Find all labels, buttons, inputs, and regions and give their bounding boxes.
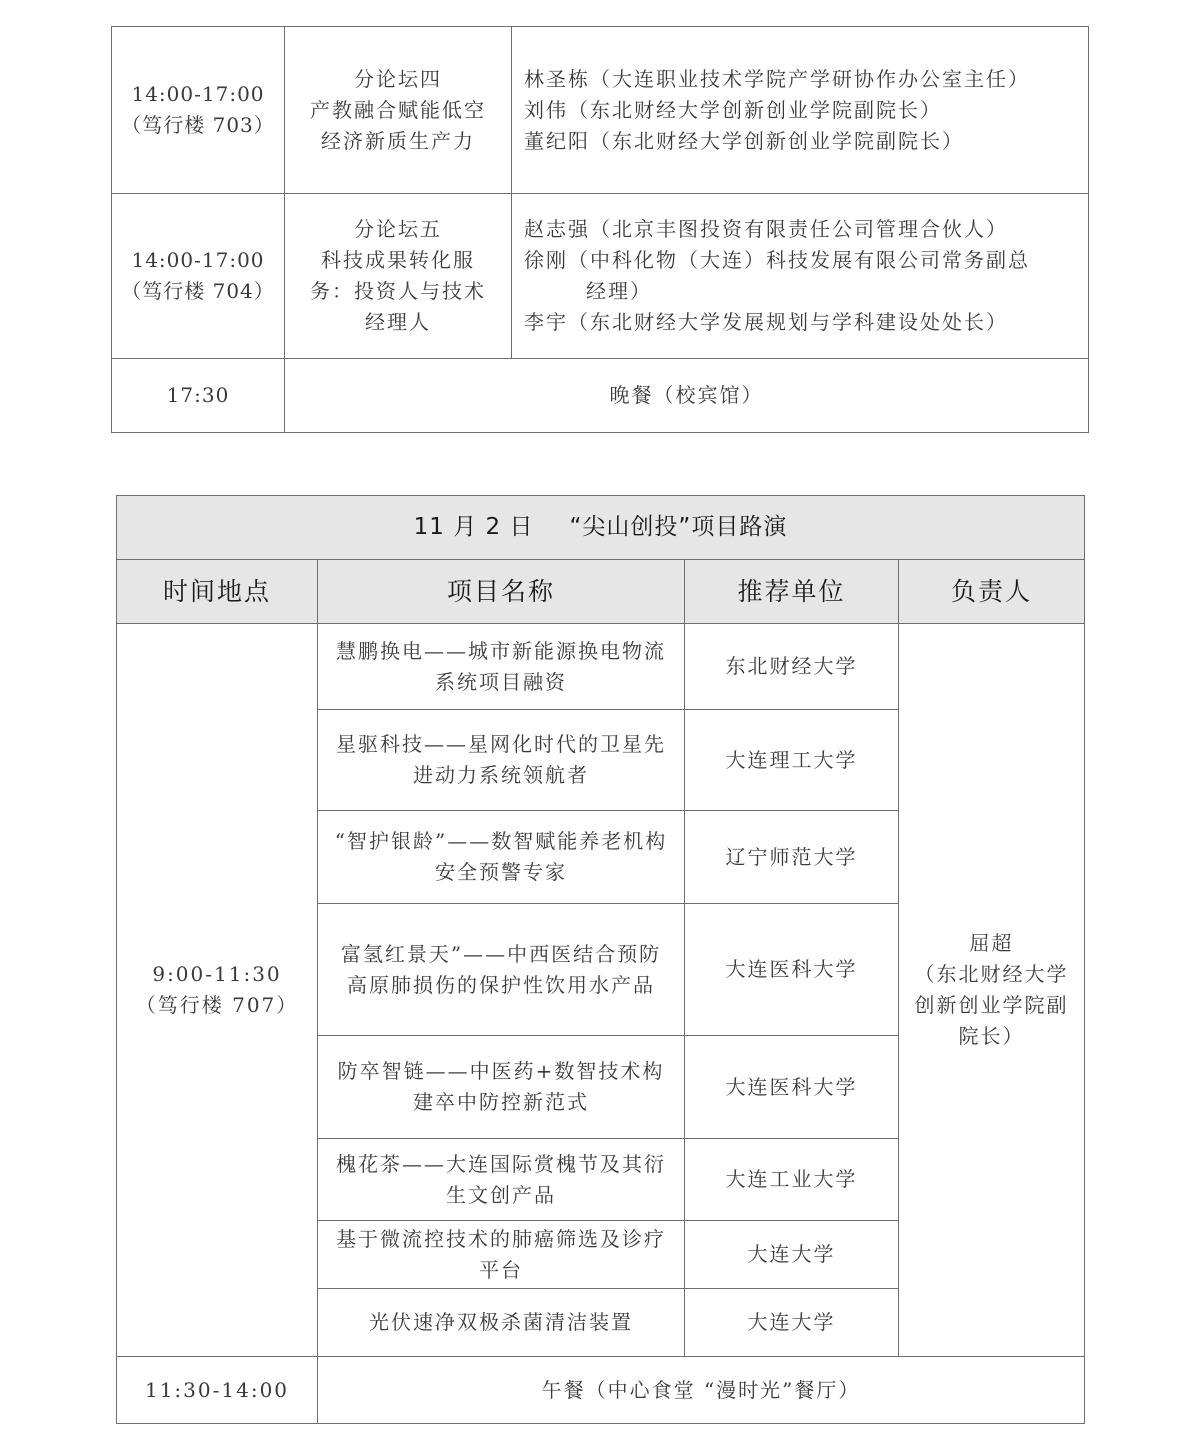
forum-schedule-table: 14:00-17:00 （笃行楼 703） 分论坛四 产教融合赋能低空 经济新质…: [111, 26, 1089, 433]
forum-line: 经济新质生产力: [285, 126, 511, 157]
forum-title-cell: 分论坛四 产教融合赋能低空 经济新质生产力: [285, 27, 512, 194]
speaker-entry: 林圣栋（大连职业技术学院产学研协作办公室主任）: [524, 64, 1084, 95]
forum-line: 分论坛四: [285, 64, 511, 95]
header-recommending-unit: 推荐单位: [685, 560, 899, 624]
forum-row: 14:00-17:00 （笃行楼 703） 分论坛四 产教融合赋能低空 经济新质…: [112, 27, 1089, 194]
time-location-cell: 14:00-17:00 （笃行楼 703）: [112, 27, 285, 194]
session-time-location-cell: 9:00-11:30 （笃行楼 707）: [117, 624, 318, 1357]
time-location-cell: 14:00-17:00 （笃行楼 704）: [112, 194, 285, 359]
speaker-entry: 董纪阳（东北财经大学创新创业学院副院长）: [524, 126, 1084, 157]
header-project-name: 项目名称: [318, 560, 685, 624]
project-unit: 大连理工大学: [685, 710, 899, 811]
lunch-label: 午餐（中心食堂 “漫时光”餐厅）: [318, 1357, 1085, 1424]
owner-title: （东北财经大学创新创业学院副院长）: [913, 959, 1070, 1052]
forum-line: 产教融合赋能低空: [285, 95, 511, 126]
title-date: 11 月 2 日: [414, 514, 534, 540]
table-header-row: 时间地点 项目名称 推荐单位 负责人: [117, 560, 1085, 624]
forum-row: 14:00-17:00 （笃行楼 704） 分论坛五 科技成果转化服 务：投资人…: [112, 194, 1089, 359]
speaker-text-continued: 经理）: [524, 276, 1084, 307]
speaker-entry: 李宇（东北财经大学发展规划与学科建设处处长）: [524, 307, 1084, 338]
location-text: （笃行楼 704）: [112, 276, 284, 307]
session-location: （笃行楼 707）: [117, 990, 317, 1021]
project-name: 防卒智链——中医药+数智技术构建卒中防控新范式: [318, 1036, 685, 1139]
time-text: 14:00-17:00: [112, 245, 284, 276]
speakers-cell: 赵志强（北京丰图投资有限责任公司管理合伙人） 徐刚（中科化物（大连）科技发展有限…: [512, 194, 1089, 359]
speaker-text: 徐刚（中科化物（大连）科技发展有限公司常务副总: [524, 248, 1030, 272]
project-name: 光伏速净双极杀菌清洁装置: [318, 1289, 685, 1357]
speaker-entry: 赵志强（北京丰图投资有限责任公司管理合伙人）: [524, 214, 1084, 245]
project-name: 富氢红景天”——中西医结合预防高原肺损伤的保护性饮用水产品: [318, 904, 685, 1036]
project-unit: 大连大学: [685, 1289, 899, 1357]
project-name: “智护银龄”——数智赋能养老机构安全预警专家: [318, 811, 685, 904]
lunch-row: 11:30-14:00 午餐（中心食堂 “漫时光”餐厅）: [117, 1357, 1085, 1424]
speaker-entry: 徐刚（中科化物（大连）科技发展有限公司常务副总 经理）: [524, 245, 1084, 307]
project-name: 星驱科技——星网化时代的卫星先进动力系统领航者: [318, 710, 685, 811]
speakers-cell: 林圣栋（大连职业技术学院产学研协作办公室主任） 刘伟（东北财经大学创新创业学院副…: [512, 27, 1089, 194]
location-text: （笃行楼 703）: [112, 110, 284, 141]
project-name: 慧鹏换电——城市新能源换电物流系统项目融资: [318, 624, 685, 710]
title-event: “尖山创投”项目路演: [570, 514, 788, 540]
table-row: 9:00-11:30 （笃行楼 707） 慧鹏换电——城市新能源换电物流系统项目…: [117, 624, 1085, 710]
project-name: 槐花茶——大连国际赏槐节及其衍生文创产品: [318, 1139, 685, 1221]
roadshow-table: 11 月 2 日“尖山创投”项目路演 时间地点 项目名称 推荐单位 负责人 9:…: [116, 495, 1085, 1424]
forum-line: 分论坛五: [285, 214, 511, 245]
project-unit: 大连大学: [685, 1221, 899, 1289]
speaker-entry: 刘伟（东北财经大学创新创业学院副院长）: [524, 95, 1084, 126]
forum-line: 务：投资人与技术: [285, 276, 511, 307]
project-name: 基于微流控技术的肺癌筛选及诊疗平台: [318, 1221, 685, 1289]
lunch-time: 11:30-14:00: [117, 1357, 318, 1424]
forum-line: 科技成果转化服: [285, 245, 511, 276]
header-time-location: 时间地点: [117, 560, 318, 624]
owner-cell: 屈超 （东北财经大学创新创业学院副院长）: [899, 624, 1085, 1357]
dinner-time: 17:30: [112, 359, 285, 433]
project-unit: 大连医科大学: [685, 1036, 899, 1139]
owner-name: 屈超: [913, 928, 1070, 959]
dinner-label: 晚餐（校宾馆）: [285, 359, 1089, 433]
forum-line: 经理人: [285, 307, 511, 338]
table-title-row: 11 月 2 日“尖山创投”项目路演: [117, 496, 1085, 560]
header-owner: 负责人: [899, 560, 1085, 624]
dinner-row: 17:30 晚餐（校宾馆）: [112, 359, 1089, 433]
forum-title-cell: 分论坛五 科技成果转化服 务：投资人与技术 经理人: [285, 194, 512, 359]
time-text: 14:00-17:00: [112, 79, 284, 110]
project-unit: 大连工业大学: [685, 1139, 899, 1221]
session-time: 9:00-11:30: [117, 959, 317, 990]
project-unit: 大连医科大学: [685, 904, 899, 1036]
project-unit: 东北财经大学: [685, 624, 899, 710]
project-unit: 辽宁师范大学: [685, 811, 899, 904]
table-title: 11 月 2 日“尖山创投”项目路演: [117, 496, 1085, 560]
